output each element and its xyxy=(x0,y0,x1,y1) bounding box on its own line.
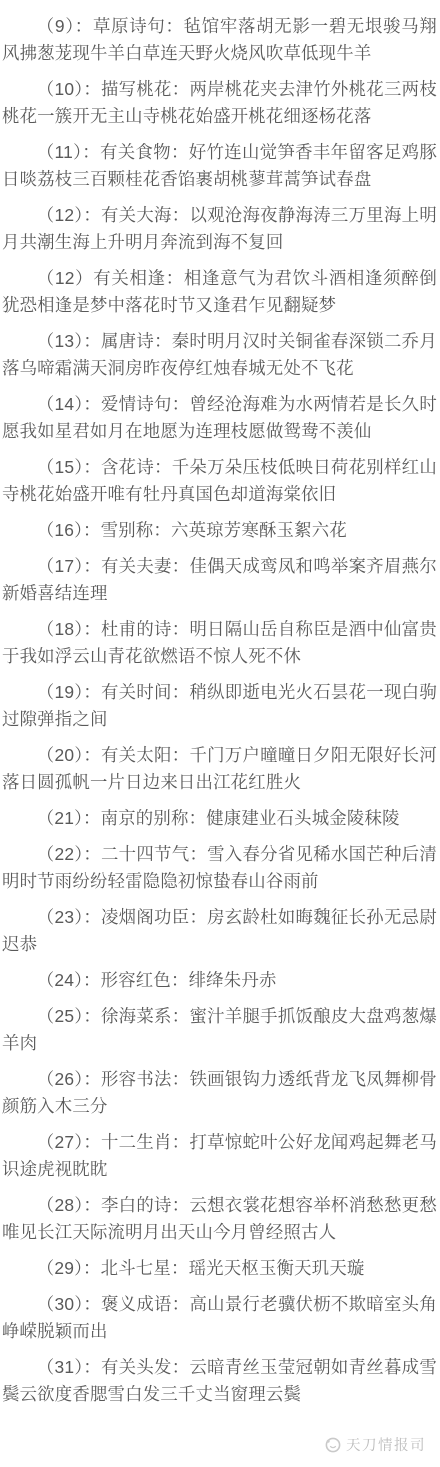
item-number-separator: ： xyxy=(83,520,101,540)
qa-list-item: （29）：北斗七星：瑶光天枢玉衡天玑天璇 xyxy=(2,1255,437,1282)
qa-list-item: （28）：李白的诗：云想衣裳花想容举杯消愁愁更愁唯见长江天际流明月出天山今月曾经… xyxy=(2,1192,437,1246)
item-number: （12） xyxy=(37,268,94,288)
item-category-separator: ： xyxy=(172,1195,190,1215)
item-number-separator: ： xyxy=(83,79,101,99)
qa-list-item: （21）：南京的别称：健康建业石头城金陵秣陵 xyxy=(2,805,437,832)
watermark-label: 天刀情报司 xyxy=(346,1434,426,1455)
item-number-separator: ： xyxy=(83,745,101,765)
item-category-separator: ： xyxy=(172,556,190,576)
qa-list-item: （18）：杜甫的诗：明日隔山岳自称臣是酒中仙富贵于我如浮云山青花欲燃语不惊人死不… xyxy=(2,616,437,670)
item-category: 属唐诗 xyxy=(101,331,154,351)
item-category-separator: ： xyxy=(153,520,171,540)
item-category-separator: ： xyxy=(154,331,172,351)
item-category: 形容书法 xyxy=(101,1069,172,1089)
item-category: 形容红色 xyxy=(101,970,171,990)
item-number: （30） xyxy=(37,1294,84,1314)
item-category: 含花诗 xyxy=(101,457,154,477)
qa-list-item: （13）：属唐诗：秦时明月汉时关铜雀春深锁二乔月落乌啼霜满天洞房昨夜停红烛春城无… xyxy=(2,328,437,382)
qa-list-item: （17）：有关夫妻：佳偶天成鸾凤和鸣举案齐眉燕尔新婚喜结连理 xyxy=(2,553,437,607)
item-number-separator: ： xyxy=(83,844,101,864)
item-category-separator: ： xyxy=(166,268,184,288)
item-category: 北斗七星 xyxy=(101,1258,171,1278)
item-number: （10） xyxy=(37,79,84,99)
item-number: （24） xyxy=(37,970,83,990)
item-number-separator: ： xyxy=(83,205,101,225)
item-category-separator: ： xyxy=(171,142,189,162)
item-content: 六英琼芳寒酥玉絮六花 xyxy=(171,520,347,540)
item-number: （25） xyxy=(37,1006,84,1026)
qa-list-item: （30）：褒义成语：高山景行老骥伏枥不欺暗室头角峥嵘脱颖而出 xyxy=(2,1291,437,1345)
item-number: （21） xyxy=(37,808,83,828)
item-category: 南京的别称 xyxy=(101,808,189,828)
item-number-separator: ： xyxy=(83,1357,101,1377)
item-content: 瑶光天枢玉衡天玑天璇 xyxy=(189,1258,365,1278)
item-category: 有关头发 xyxy=(101,1357,172,1377)
qa-list-item: （27）：十二生肖：打草惊蛇叶公好龙闻鸡起舞老马识途虎视眈眈 xyxy=(2,1129,437,1183)
item-number-separator: ： xyxy=(83,1132,101,1152)
item-number: （16） xyxy=(37,520,83,540)
qa-list-item: （24）：形容红色：绯绛朱丹赤 xyxy=(2,967,437,994)
item-category: 杜甫的诗 xyxy=(101,619,172,639)
item-category-separator: ： xyxy=(189,907,207,927)
item-category-separator: ： xyxy=(172,745,190,765)
item-number-separator: ： xyxy=(83,907,101,927)
item-category: 徐海菜系 xyxy=(101,1006,172,1026)
item-category-separator: ： xyxy=(172,1357,190,1377)
item-category: 十二生肖 xyxy=(101,1132,172,1152)
item-number: （22） xyxy=(37,844,84,864)
item-category: 李白的诗 xyxy=(101,1195,172,1215)
item-number: （15） xyxy=(37,457,84,477)
item-category: 有关大海 xyxy=(101,205,172,225)
item-number-separator: ： xyxy=(83,394,101,414)
qa-list-item: （31）：有关头发：云暗青丝玉莹冠朝如青丝暮成雪鬓云欲度香腮雪白发三千丈当窗理云… xyxy=(2,1354,437,1408)
item-category-separator: ： xyxy=(172,682,190,702)
item-category: 有关时间 xyxy=(101,682,172,702)
qa-list-item: （23）：凌烟阁功臣：房玄龄杜如晦魏征长孙无忌尉迟恭 xyxy=(2,904,437,958)
item-number: （17） xyxy=(37,556,84,576)
item-category: 草原诗句 xyxy=(93,16,166,36)
item-number-separator: ： xyxy=(83,1258,101,1278)
item-category: 有关太阳 xyxy=(101,745,172,765)
item-category-separator: ： xyxy=(172,394,190,414)
item-category: 有关夫妻 xyxy=(101,556,172,576)
item-category-separator: ： xyxy=(154,457,172,477)
item-number-separator: ： xyxy=(83,457,101,477)
qa-list-item: （10）：描写桃花：两岸桃花夹去津竹外桃花三两枝桃花一簇开无主山寺桃花始盛开桃花… xyxy=(2,76,437,130)
item-number: （31） xyxy=(37,1357,84,1377)
item-number: （12） xyxy=(37,205,84,225)
item-category-separator: ： xyxy=(172,1069,190,1089)
item-number-separator: ： xyxy=(83,1006,101,1026)
item-number: （13） xyxy=(37,331,84,351)
item-number-separator: ： xyxy=(83,970,101,990)
qa-list-item: （22）：二十四节气：雪入春分省见稀水国芒种后清明时节雨纷纷轻雷隐隐初惊蛰春山谷… xyxy=(2,841,437,895)
item-number-separator: ： xyxy=(83,331,101,351)
qa-list-item: （20）：有关太阳：千门万户曈曈日夕阳无限好长河落日圆孤帆一片日边来日出江花红胜… xyxy=(2,742,437,796)
item-number: （26） xyxy=(37,1069,84,1089)
qa-list-item: （15）：含花诗：千朵万朵压枝低映日荷花别样红山寺桃花始盛开唯有牡丹真国色却道海… xyxy=(2,454,437,508)
qa-list-item: （9）：草原诗句：毡馆牢落胡无影一碧无垠骏马翔风拂葱茏现牛羊白草连天野火烧风吹草… xyxy=(2,13,437,67)
item-category-separator: ： xyxy=(172,1006,190,1026)
item-category-separator: ： xyxy=(172,1294,190,1314)
item-category-separator: ： xyxy=(189,844,207,864)
item-category: 爱情诗句 xyxy=(101,394,172,414)
qa-list-item: （19）：有关时间：稍纵即逝电光火石昙花一现白驹过隙弹指之间 xyxy=(2,679,437,733)
item-number: （27） xyxy=(37,1132,84,1152)
watermark: 天刀情报司 xyxy=(325,1434,426,1455)
item-category-separator: ： xyxy=(172,1132,190,1152)
item-category-separator: ： xyxy=(172,79,190,99)
item-number-separator: ： xyxy=(83,556,101,576)
item-number: （28） xyxy=(37,1195,84,1215)
item-content: 健康建业石头城金陵秣陵 xyxy=(206,808,400,828)
item-category: 褒义成语 xyxy=(101,1294,172,1314)
publisher-logo-icon xyxy=(325,1437,341,1453)
qa-list-item: （26）：形容书法：铁画银钩力透纸背龙飞凤舞柳骨颜筋入木三分 xyxy=(2,1066,437,1120)
item-category: 凌烟阁功臣 xyxy=(101,907,189,927)
item-number: （20） xyxy=(37,745,84,765)
item-number: （19） xyxy=(37,682,84,702)
item-number-separator: ： xyxy=(83,1195,101,1215)
item-number: （11） xyxy=(37,142,82,162)
qa-list-item: （12）有关相逢：相逢意气为君饮斗酒相逢须醉倒犹恐相逢是梦中落花时节又逢君乍见翻… xyxy=(2,265,437,319)
item-category: 雪别称 xyxy=(101,520,154,540)
item-number: （23） xyxy=(37,907,84,927)
qa-list-item: （11）：有关食物：好竹连山觉笋香丰年留客足鸡豚日啖荔枝三百颗桂花香馅裹胡桃蓼茸… xyxy=(2,139,437,193)
item-number-separator: ： xyxy=(83,808,101,828)
item-number: （14） xyxy=(37,394,84,414)
item-number-separator: ： xyxy=(83,1069,101,1089)
item-category: 描写桃花 xyxy=(101,79,172,99)
item-number: （9） xyxy=(37,16,75,36)
item-category: 有关食物 xyxy=(100,142,171,162)
qa-list-item: （16）：雪别称：六英琼芳寒酥玉絮六花 xyxy=(2,517,437,544)
item-category-separator: ： xyxy=(171,1258,189,1278)
item-number-separator: ： xyxy=(82,142,100,162)
qa-list-item: （14）：爱情诗句：曾经沧海难为水两情若是长久时愿我如星君如月在地愿为连理枝愿做… xyxy=(2,391,437,445)
item-category-separator: ： xyxy=(165,16,183,36)
item-category-separator: ： xyxy=(171,970,189,990)
item-category: 二十四节气 xyxy=(101,844,189,864)
article-body: （9）：草原诗句：毡馆牢落胡无影一碧无垠骏马翔风拂葱茏现牛羊白草连天野火烧风吹草… xyxy=(0,0,440,1408)
item-category-separator: ： xyxy=(172,205,190,225)
item-number-separator: ： xyxy=(83,682,101,702)
item-number-separator: ： xyxy=(83,1294,101,1314)
item-category-separator: ： xyxy=(172,619,190,639)
qa-list: （9）：草原诗句：毡馆牢落胡无影一碧无垠骏马翔风拂葱茏现牛羊白草连天野火烧风吹草… xyxy=(2,13,437,1408)
item-category: 有关相逢 xyxy=(93,268,165,288)
item-number: （18） xyxy=(37,619,84,639)
item-number-separator: ： xyxy=(83,619,101,639)
qa-list-item: （25）：徐海菜系：蜜汁羊腿手抓饭酿皮大盘鸡葱爆羊肉 xyxy=(2,1003,437,1057)
item-number: （29） xyxy=(37,1258,83,1278)
qa-list-item: （12）：有关大海：以观沧海夜静海涛三万里海上明月共潮生海上升明月奔流到海不复回 xyxy=(2,202,437,256)
item-category-separator: ： xyxy=(189,808,207,828)
item-number-separator: ： xyxy=(75,16,93,36)
item-content: 绯绛朱丹赤 xyxy=(189,970,277,990)
